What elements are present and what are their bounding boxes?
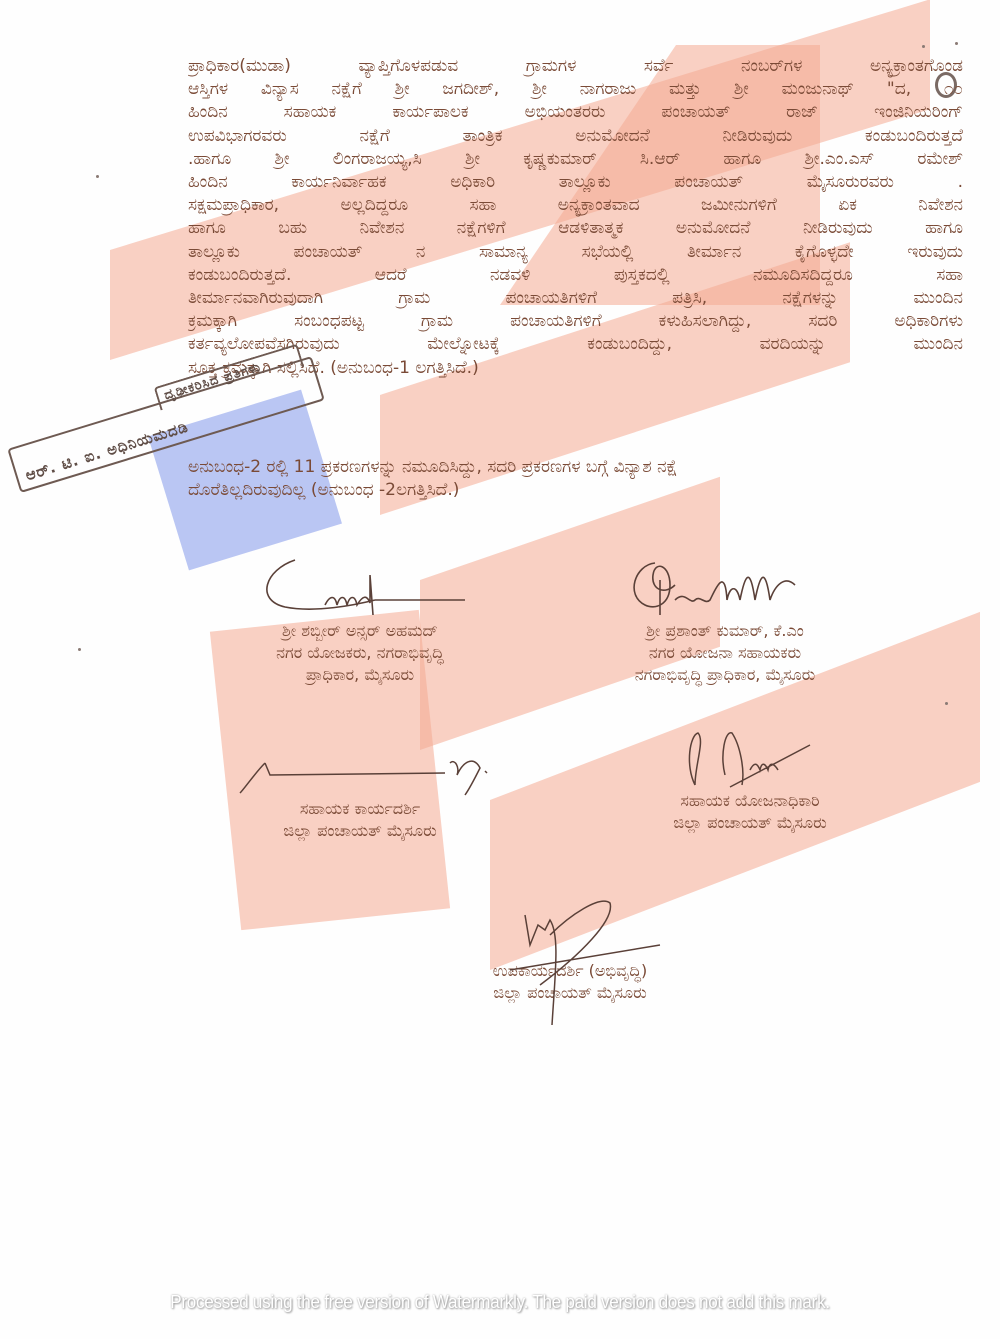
text-line: ಹಾಗೂ ಬಹು ನಿವೇಶನ ನಕ್ಷೆಗಳಿಗೆ ಆಡಳಿತಾತ್ಮಕ ಅನ… bbox=[188, 217, 963, 240]
signatory-block-4: ಸಹಾಯಕ ಯೋಜನಾಧಿಕಾರಿ ಜಿಲ್ಲಾ ಪಂಚಾಯತ್ ಮೈಸೂರು bbox=[600, 730, 900, 834]
signature bbox=[200, 560, 520, 620]
signatory-block-3: ಸಹಾಯಕ ಕಾರ್ಯದರ್ಶಿ ಜಿಲ್ಲಾ ಪಂಚಾಯತ್ ಮೈಸೂರು bbox=[210, 758, 510, 842]
text-line: ಹಿಂದಿನ ಸಹಾಯಕ ಕಾರ್ಯಪಾಲಕ ಅಭಿಯಂತರರು ಪಂಚಾಯತ್… bbox=[188, 101, 963, 124]
speck bbox=[78, 648, 81, 651]
speck bbox=[96, 175, 99, 178]
signatory-office: ಜಿಲ್ಲಾ ಪಂಚಾಯತ್ ಮೈಸೂರು bbox=[210, 820, 510, 842]
text-line: ಹಿಂದಿನ ಕಾರ್ಯನಿರ್ವಾಹಕ ಅಧಿಕಾರಿ ತಾಲ್ಲೂಕು ಪಂ… bbox=[188, 171, 963, 194]
speck bbox=[922, 45, 925, 48]
text-line: ಕ್ರಮಕ್ಕಾಗಿ ಸಂಬಂಧಪಟ್ಟ ಗ್ರಾಮ ಪಂಚಾಯತಿಗಳಿಗೆ … bbox=[188, 310, 963, 333]
signature-scribble-icon bbox=[670, 725, 830, 790]
text-line: ಅನುಬಂಧ-2 ರಲ್ಲಿ 11 ಪ್ರಕರಣಗಳನ್ನು ನಮೂದಿಸಿದ್… bbox=[188, 456, 963, 479]
paragraph-main: ಪ್ರಾಧಿಕಾರ(ಮುಡಾ) ವ್ಯಾಪ್ತಿಗೊಳಪಡುವ ಗ್ರಾಮಗಳ … bbox=[188, 55, 963, 380]
signatory-block-5: ಉಪಕಾರ್ಯದರ್ಶಿ (ಅಭಿವೃದ್ಧಿ) ಜಿಲ್ಲಾ ಪಂಚಾಯತ್ … bbox=[430, 895, 710, 1004]
text-line: ಕಂಡುಬಂದಿರುತ್ತದೆ. ಆದರೆ ನಡವಳಿ ಪುಸ್ತಕದಲ್ಲಿ … bbox=[188, 264, 963, 287]
text-line: ತೀರ್ಮಾನವಾಗಿರುವುದಾಗಿ ಗ್ರಾಮ ಪಂಚಾಯತಿಗಳಿಗೆ ಪ… bbox=[188, 287, 963, 310]
watermark-text: Processed using the free version of Wate… bbox=[25, 1292, 975, 1313]
signatory-block-2: ಶ್ರೀ ಪ್ರಶಾಂತ್ ಕುಮಾರ್, ಕೆ.ಎಂ ನಗರ ಯೋಜನಾ ಸಹ… bbox=[560, 560, 890, 686]
signatory-office: ಜಿಲ್ಲಾ ಪಂಚಾಯತ್ ಮೈಸೂರು bbox=[600, 812, 900, 834]
signatory-office: ಪ್ರಾಧಿಕಾರ, ಮೈಸೂರು bbox=[200, 664, 520, 686]
text-line: .ಹಾಗೂ ಶ್ರೀ ಲಿಂಗರಾಜಯ್ಯ,ಸಿ ಶ್ರೀ ಕೃಷ್ಣಕುಮಾರ… bbox=[188, 148, 963, 171]
signatory-title: ಸಹಾಯಕ ಯೋಜನಾಧಿಕಾರಿ bbox=[600, 790, 900, 812]
signature-scribble-icon bbox=[225, 753, 495, 798]
signatory-title: ನಗರ ಯೋಜನಾ ಸಹಾಯಕರು bbox=[560, 642, 890, 664]
text-line: ದೊರೆತಿಲ್ಲದಿರುವುದಿಲ್ಲ (ಅನುಬಂಧ -2ಲಗತ್ತಿಸಿದ… bbox=[188, 479, 963, 502]
signature-scribble-icon bbox=[615, 555, 835, 620]
signatory-name: ಶ್ರೀ ಶಬ್ಬೀರ್ ಅನ್ಸರ್ ಅಹಮದ್ bbox=[200, 620, 520, 642]
signature bbox=[560, 560, 890, 620]
paragraph-annexure-2: ಅನುಬಂಧ-2 ರಲ್ಲಿ 11 ಪ್ರಕರಣಗಳನ್ನು ನಮೂದಿಸಿದ್… bbox=[188, 456, 963, 502]
signatory-title: ಸಹಾಯಕ ಕಾರ್ಯದರ್ಶಿ bbox=[210, 798, 510, 820]
speck bbox=[945, 702, 948, 705]
stamp-outer-text: ಆರ್. ಟಿ. ಐ. ಅಧಿನಿಯಮದಡಿ bbox=[23, 418, 190, 485]
text-line: ಪ್ರಾಧಿಕಾರ(ಮುಡಾ) ವ್ಯಾಪ್ತಿಗೊಳಪಡುವ ಗ್ರಾಮಗಳ … bbox=[188, 55, 963, 78]
signature bbox=[210, 758, 510, 798]
speck bbox=[955, 42, 958, 45]
signature bbox=[600, 730, 900, 790]
text-line: ಆಸ್ತಿಗಳ ವಿನ್ಯಾಸ ನಕ್ಷೆಗೆ ಶ್ರೀ ಜಗದೀಶ್, ಶ್ರ… bbox=[188, 78, 963, 101]
signatory-title: ನಗರ ಯೋಜಕರು, ನಗರಾಭಿವೃದ್ಧಿ bbox=[200, 642, 520, 664]
signatory-block-1: ಶ್ರೀ ಶಬ್ಬೀರ್ ಅನ್ಸರ್ ಅಹಮದ್ ನಗರ ಯೋಜಕರು, ನಗ… bbox=[200, 560, 520, 686]
text-line: ಸಕ್ಷಮಪ್ರಾಧಿಕಾರ, ಅಲ್ಲದಿದ್ದರೂ ಸಹಾ ಅನ್ಯಕ್ರಾ… bbox=[188, 194, 963, 217]
signatory-office: ನಗರಾಭಿವೃದ್ಧಿ ಪ್ರಾಧಿಕಾರ, ಮೈಸೂರು bbox=[560, 664, 890, 686]
signatory-name: ಶ್ರೀ ಪ್ರಶಾಂತ್ ಕುಮಾರ್, ಕೆ.ಎಂ bbox=[560, 620, 890, 642]
signature-scribble-icon bbox=[470, 895, 670, 1035]
signature bbox=[430, 895, 710, 960]
signature-scribble-icon bbox=[245, 555, 475, 620]
text-line: ಕರ್ತವ್ಯಲೋಪವೆಸಗಿರುವುದು ಮೇಲ್ನೋಟಕ್ಕೆ ಕಂಡುಬಂ… bbox=[188, 333, 963, 356]
text-line: ತಾಲ್ಲೂಕು ಪಂಚಾಯತ್ ನ ಸಾಮಾನ್ಯ ಸಭೆಯಲ್ಲಿ ತೀರ್… bbox=[188, 241, 963, 264]
text-line: ಉಪವಿಭಾಗರವರು ನಕ್ಷೆಗೆ ತಾಂತ್ರಿಕ ಅನುಮೋದನೆ ನೀ… bbox=[188, 125, 963, 148]
